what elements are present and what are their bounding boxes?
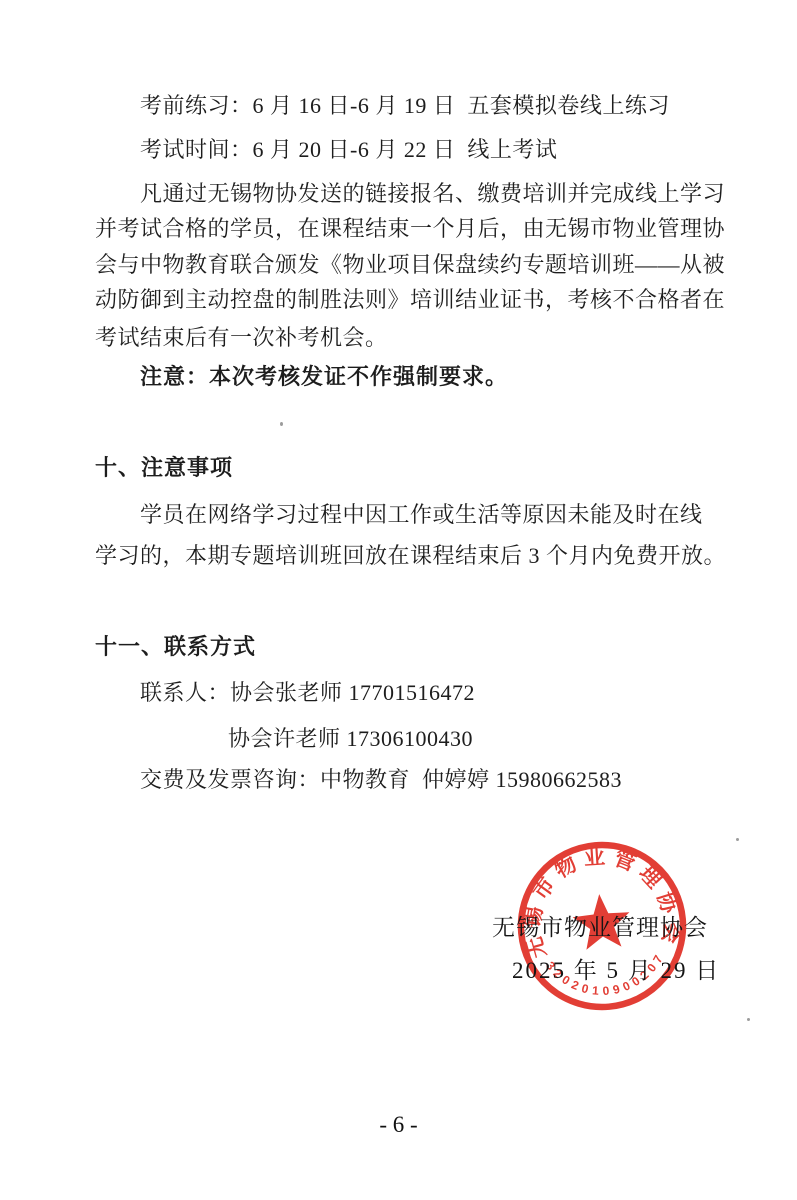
certificate-paragraph-line: 考试结束后有一次补考机会。 xyxy=(95,325,388,351)
signature-org: 无锡市物业管理协会 xyxy=(492,909,708,942)
section-ten-line: 学员在网络学习过程中因工作或生活等原因未能及时在线 xyxy=(140,502,703,528)
document-page: 考前练习：6 月 16 日-6 月 19 日 五套模拟卷线上练习 考试时间：6 … xyxy=(0,0,797,1200)
section-ten-line: 学习的，本期专题培训班回放在课程结束后 3 个月内免费开放。 xyxy=(95,543,726,569)
certificate-paragraph-line: 动防御到主动控盘的制胜法则》培训结业证书，考核不合格者在 xyxy=(95,287,725,313)
exam-schedule-line: 考试时间：6 月 20 日-6 月 22 日 线上考试 xyxy=(140,137,557,163)
certificate-paragraph-line: 凡通过无锡物协发送的链接报名、缴费培训并完成线上学习 xyxy=(140,181,725,207)
certificate-paragraph-line: 并考试合格的学员，在课程结束一个月后，由无锡市物业管理协 xyxy=(95,216,725,242)
notice-line: 注意：本次考核发证不作强制要求。 xyxy=(140,364,508,390)
certificate-paragraph-line: 会与中物教育联合颁发《物业项目保盘续约专题培训班——从被 xyxy=(95,252,725,278)
page-number: - 6 - xyxy=(0,1112,797,1138)
payment-contact-line: 交费及发票咨询：中物教育 仲婷婷 15980662583 xyxy=(140,767,622,793)
scan-speck xyxy=(747,1018,750,1021)
practice-schedule-line: 考前练习：6 月 16 日-6 月 19 日 五套模拟卷线上练习 xyxy=(140,93,670,119)
section-eleven-heading: 十一、联系方式 xyxy=(95,634,256,660)
contact-person-line: 联系人：协会张老师 17701516472 xyxy=(140,680,475,706)
scan-speck xyxy=(736,838,739,841)
signature-date: 2025 年 5 月 29 日 xyxy=(512,952,720,985)
scan-speck xyxy=(280,422,283,426)
section-ten-heading: 十、注意事项 xyxy=(95,455,233,481)
contact-person-line: 协会许老师 17306100430 xyxy=(228,726,473,752)
